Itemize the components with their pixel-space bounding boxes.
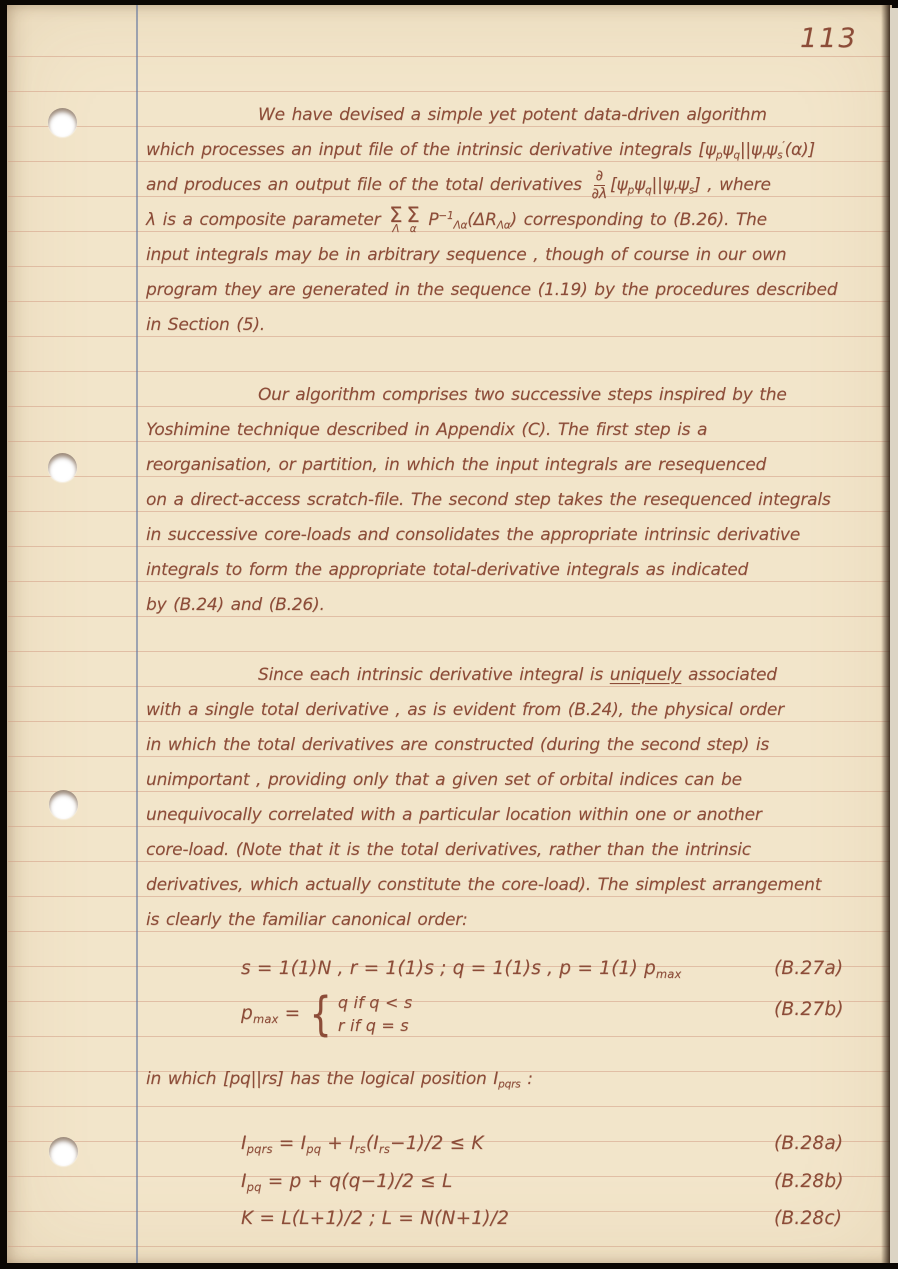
handwritten-line: derivatives, which actually constitute t… <box>146 866 894 901</box>
equation-b27b: pmax = { q if q < s r if q = s (B.27b) <box>146 991 894 1037</box>
handwritten-line: unimportant , providing only that a give… <box>146 761 894 796</box>
curly-brace-icon: { <box>310 991 332 1037</box>
handwritten-line: and produces an output file of the total… <box>146 166 894 201</box>
handwritten-line: in Section (5). <box>146 306 894 341</box>
handwritten-line: Yoshimine technique described in Appendi… <box>146 411 894 446</box>
handwritten-line: in successive core-loads and consolidate… <box>146 516 894 551</box>
handwritten-line: by (B.24) and (B.26). <box>146 586 894 621</box>
handwritten-line: which processes an input file of the int… <box>146 131 894 166</box>
handwritten-line: with a single total derivative , as is e… <box>146 691 894 726</box>
handwritten-line: integrals to form the appropriate total-… <box>146 551 894 586</box>
scan-edge-bottom <box>0 1263 898 1269</box>
handwritten-line: program they are generated in the sequen… <box>146 271 894 306</box>
equation-b27a-math: s = 1(1)N , r = 1(1)s ; q = 1(1)s , p = … <box>241 958 682 979</box>
paragraph-3: Since each intrinsic derivative integral… <box>146 656 894 936</box>
paper-edge-shadow <box>881 5 890 1263</box>
equation-label-b28a: (B.28a) <box>774 1133 843 1154</box>
scan-edge-top <box>0 0 898 5</box>
margin-rule-line <box>136 5 138 1263</box>
case-1: q if q < s <box>338 991 412 1014</box>
handwritten-line: Since each intrinsic derivative integral… <box>146 656 894 691</box>
equation-label-b27b: (B.27b) <box>774 999 844 1020</box>
handwritten-line: We have devised a simple yet potent data… <box>146 96 894 131</box>
equation-b27b-math: pmax = { q if q < s r if q = s <box>241 991 412 1037</box>
page-number: 113 <box>800 23 858 54</box>
handwritten-line: input integrals may be in arbitrary sequ… <box>146 236 894 271</box>
scan-edge-left <box>0 0 7 1269</box>
equation-b28c-math: K = L(L+1)/2 ; L = N(N+1)/2 <box>241 1208 509 1229</box>
equation-b27a: s = 1(1)N , r = 1(1)s ; q = 1(1)s , p = … <box>146 958 894 979</box>
equation-label-b28c: (B.28c) <box>774 1208 842 1229</box>
punch-hole-4 <box>49 1137 78 1166</box>
handwritten-line: reorganisation, or partition, in which t… <box>146 446 894 481</box>
equation-b28b: Ipq = p + q(q−1)/2 ≤ L (B.28b) <box>146 1171 894 1192</box>
handwritten-line: unequivocally correlated with a particul… <box>146 796 894 831</box>
handwritten-line: on a direct-access scratch-file. The sec… <box>146 481 894 516</box>
equation-label-b28b: (B.28b) <box>774 1171 844 1192</box>
paragraph-2: Our algorithm comprises two successive s… <box>146 376 894 621</box>
cases-group: { q if q < s r if q = s <box>306 991 412 1037</box>
equation-label-b27a: (B.27a) <box>774 958 843 979</box>
handwritten-line: λ is a composite parameter ΣΛΣα P−1Λα(ΔR… <box>146 201 894 236</box>
equation-b28b-math: Ipq = p + q(q−1)/2 ≤ L <box>241 1171 452 1192</box>
handwritten-line: core-load. (Note that it is the total de… <box>146 831 894 866</box>
handwritten-line: in which the total derivatives are const… <box>146 726 894 761</box>
equation-b27b-lhs: pmax = <box>241 1003 306 1024</box>
interline-text: in which [pq||rs] has the logical positi… <box>146 1069 894 1089</box>
punch-hole-3 <box>49 790 78 819</box>
cases-list: q if q < s r if q = s <box>338 991 412 1037</box>
punch-hole-1 <box>48 108 77 137</box>
handwritten-line: is clearly the familiar canonical order: <box>146 901 894 936</box>
equation-b28c: K = L(L+1)/2 ; L = N(N+1)/2 (B.28c) <box>146 1208 894 1229</box>
handwritten-line: Our algorithm comprises two successive s… <box>146 376 894 411</box>
scanned-notebook-page: 113 We have devised a simple yet potent … <box>0 0 898 1269</box>
case-2: r if q = s <box>338 1014 412 1037</box>
equation-b28a-math: Ipqrs = Ipq + Irs(Irs−1)/2 ≤ K <box>241 1133 484 1154</box>
paper-sheet: 113 We have devised a simple yet potent … <box>6 5 892 1263</box>
punch-hole-2 <box>48 453 77 482</box>
paragraph-1: We have devised a simple yet potent data… <box>146 96 894 341</box>
scan-bed-strip <box>890 8 898 1263</box>
equation-b28a: Ipqrs = Ipq + Irs(Irs−1)/2 ≤ K (B.28a) <box>146 1133 894 1154</box>
